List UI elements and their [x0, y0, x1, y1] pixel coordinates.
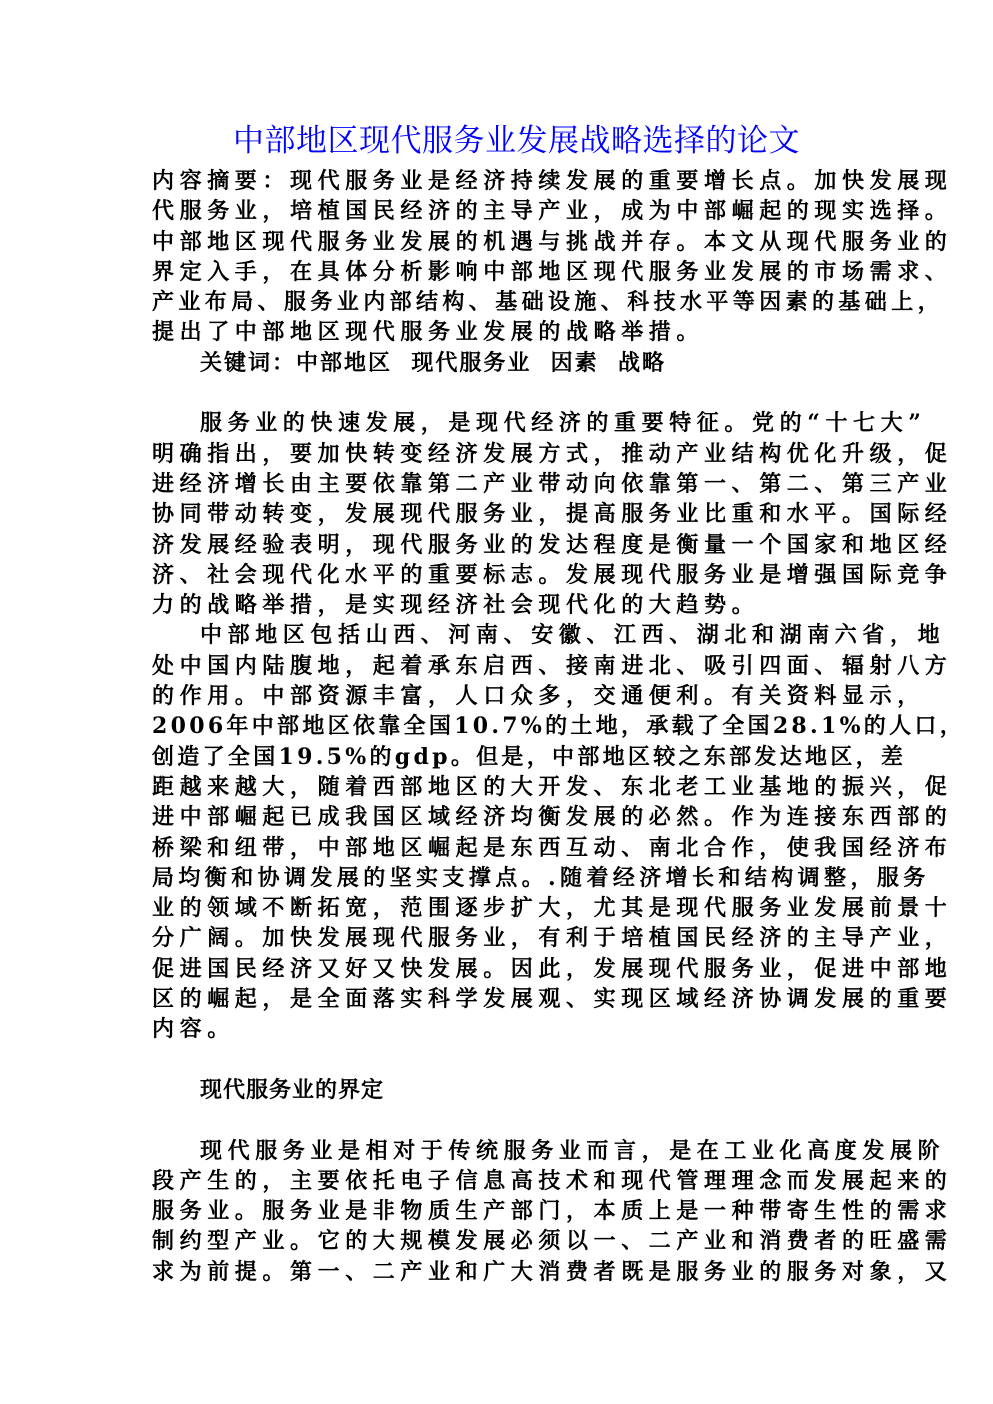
paragraph-line: 段产生的，主要依托电子信息高技术和现代管理理念而发展起来的 [152, 1166, 852, 1196]
paragraph-line: 业的领域不断拓宽，范围逐步扩大，尤其是现代服务业发展前景十 [152, 893, 852, 923]
paragraph-line: 中部地区包括山西、河南、安徽、江西、湖北和湖南六省，地 [152, 620, 852, 650]
abstract-line: 提出了中部地区现代服务业发展的战略举措。 [152, 317, 852, 347]
keywords-line: 关键词：中部地区 现代服务业 因素 战略 [152, 348, 852, 378]
paragraph-line: 服务业。服务业是非物质生产部门，本质上是一种带寄生性的需求 [152, 1196, 852, 1226]
paragraph-3: 现代服务业是相对于传统服务业而言，是在工业化高度发展阶 段产生的，主要依托电子信… [152, 1136, 852, 1287]
paragraph-line: 局均衡和协调发展的坚实支撑点。.随着经济增长和结构调整，服务 [152, 863, 852, 893]
paragraph-1: 服务业的快速发展，是现代经济的重要特征。党的“十七大” 明确指出，要加快转变经济… [152, 408, 852, 620]
paragraph-line: 进中部崛起已成我国区域经济均衡发展的必然。作为连接东西部的 [152, 802, 852, 832]
abstract-line: 内容摘要：现代服务业是经济持续发展的重要增长点。加快发展现 [152, 166, 852, 196]
paragraph-line: 桥梁和纽带，中部地区崛起是东西互动、南北合作，使我国经济布 [152, 833, 852, 863]
spacer [152, 378, 852, 408]
paragraph-line: 内容。 [152, 1014, 852, 1044]
paragraph-line: 济发展经验表明，现代服务业的发达程度是衡量一个国家和地区经 [152, 530, 852, 560]
paragraph-line: 的作用。中部资源丰富，人口众多，交通便利。有关资料显示， [152, 681, 852, 711]
abstract: 内容摘要：现代服务业是经济持续发展的重要增长点。加快发展现 代服务业，培植国民经… [152, 166, 852, 348]
paragraph-line: 协同带动转变，发展现代服务业，提高服务业比重和水平。国际经 [152, 499, 852, 529]
paragraph-line: 力的战略举措，是实现经济社会现代化的大趋势。 [152, 590, 852, 620]
paragraph-line: 2006年中部地区依靠全国10.7%的土地，承载了全国28.1%的人口， [152, 711, 852, 741]
paragraph-line: 分广阔。加快发展现代服务业，有利于培植国民经济的主导产业， [152, 923, 852, 953]
abstract-line: 中部地区现代服务业发展的机遇与挑战并存。本文从现代服务业的 [152, 227, 852, 257]
paragraph-line: 创造了全国19.5%的gdp。但是，中部地区较之东部发达地区，差 [152, 742, 852, 772]
spacer [152, 1105, 852, 1135]
paragraph-line: 制约型产业。它的大规模发展必须以一、二产业和消费者的旺盛需 [152, 1226, 852, 1256]
document-page: 中部地区现代服务业发展战略选择的论文 内容摘要：现代服务业是经济持续发展的重要增… [0, 0, 993, 1404]
paragraph-line: 服务业的快速发展，是现代经济的重要特征。党的“十七大” [152, 408, 852, 438]
section-heading: 现代服务业的界定 [152, 1075, 852, 1105]
abstract-line: 界定入手，在具体分析影响中部地区现代服务业发展的市场需求、 [152, 257, 852, 287]
paragraph-line: 处中国内陆腹地，起着承东启西、接南进北、吸引四面、辐射八方 [152, 651, 852, 681]
paragraph-line: 求为前提。第一、二产业和广大消费者既是服务业的服务对象，又 [152, 1257, 852, 1287]
abstract-line: 代服务业，培植国民经济的主导产业，成为中部崛起的现实选择。 [152, 196, 852, 226]
paragraph-line: 进经济增长由主要依靠第二产业带动向依靠第一、第二、第三产业 [152, 469, 852, 499]
paragraph-line: 距越来越大，随着西部地区的大开发、东北老工业基地的振兴，促 [152, 772, 852, 802]
paragraph-line: 促进国民经济又好又快发展。因此，发展现代服务业，促进中部地 [152, 954, 852, 984]
paragraph-2: 中部地区包括山西、河南、安徽、江西、湖北和湖南六省，地 处中国内陆腹地，起着承东… [152, 620, 852, 1044]
paragraph-line: 济、社会现代化水平的重要标志。发展现代服务业是增强国际竞争 [152, 560, 852, 590]
document-body: 内容摘要：现代服务业是经济持续发展的重要增长点。加快发展现 代服务业，培植国民经… [152, 166, 852, 1287]
paragraph-line: 区的崛起，是全面落实科学发展观、实现区域经济协调发展的重要 [152, 984, 852, 1014]
paragraph-line: 现代服务业是相对于传统服务业而言，是在工业化高度发展阶 [152, 1136, 852, 1166]
document-title: 中部地区现代服务业发展战略选择的论文 [0, 120, 993, 162]
paragraph-line: 明确指出，要加快转变经济发展方式，推动产业结构优化升级，促 [152, 439, 852, 469]
spacer [152, 1045, 852, 1075]
abstract-line: 产业布局、服务业内部结构、基础设施、科技水平等因素的基础上， [152, 287, 852, 317]
